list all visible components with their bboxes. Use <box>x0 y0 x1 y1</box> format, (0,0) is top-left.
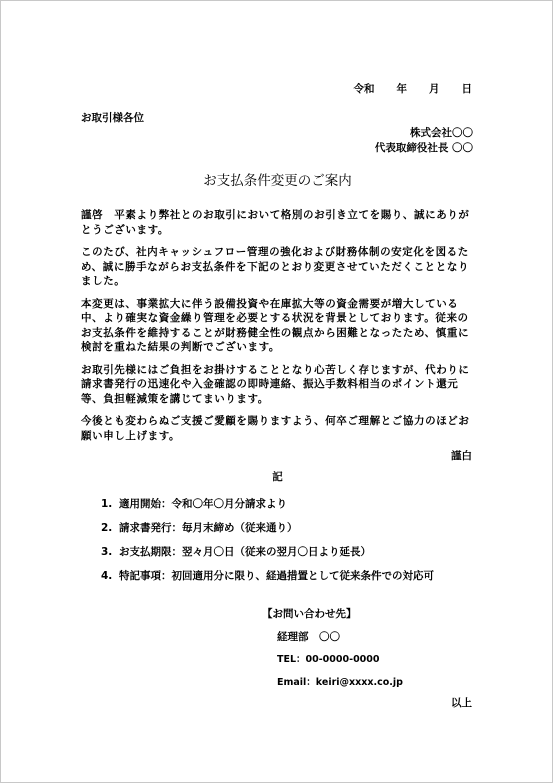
contact-email: Email：keiri@xxxx.co.jp <box>277 674 403 688</box>
end-mark: 以上 <box>451 695 472 710</box>
paragraph-announcement: このたび、社内キャッシュフロー管理の強化および財務体制の安定化を図るため、誠に勝… <box>81 245 477 289</box>
terms-list: 1.適用開始：令和〇年〇月分請求より 2.請求書発行：毎月末締め（従来通り） 3… <box>101 497 434 593</box>
date-day-label: 日 <box>462 81 473 96</box>
list-item-text: 適用開始：令和〇年〇月分請求より <box>119 498 287 510</box>
list-item: 1.適用開始：令和〇年〇月分請求より <box>101 497 434 521</box>
ki-heading: 記 <box>1 469 553 484</box>
letter-body: 謹啓 平素より弊社とのお取引において格別のお引き立てを賜り、誠にありがとうござい… <box>81 208 477 451</box>
list-item: 3.お支払期限：翌々月〇日（従来の翌月〇日より延長） <box>101 545 434 569</box>
contact-department: 経理部 〇〇 <box>277 629 340 644</box>
list-item-number: 3. <box>101 545 119 559</box>
sender-representative: 代表取締役社長 〇〇 <box>375 140 473 155</box>
date-year-label: 年 <box>397 81 408 96</box>
paragraph-reason: 本変更は、事業拡大に伴う設備投資や在庫拡大等の資金需要が増大している中、より確実… <box>81 297 477 355</box>
date-month-label: 月 <box>429 81 440 96</box>
list-item: 2.請求書発行：毎月末締め（従来通り） <box>101 521 434 545</box>
document-date: 令和年月日 <box>354 81 473 96</box>
closing-kinpaku: 謹白 <box>451 448 472 463</box>
date-era: 令和 <box>354 81 375 96</box>
contact-tel: TEL：00-0000-0000 <box>277 651 380 665</box>
contact-heading: 【お問い合わせ先】 <box>262 606 357 621</box>
list-item: 4.特記事項：初回適用分に限り、経過措置として従来条件での対応可 <box>101 569 434 593</box>
document-page: 令和年月日 お取引様各位 株式会社〇〇 代表取締役社長 〇〇 お支払条件変更のご… <box>0 0 553 783</box>
list-item-text: 請求書発行：毎月末締め（従来通り） <box>119 522 298 534</box>
list-item-number: 2. <box>101 521 119 535</box>
paragraph-request: 今後とも変わらぬご支援ご愛顧を賜りますよう、何卒ご理解とご協力のほどお願い申し上… <box>81 414 477 443</box>
list-item-number: 4. <box>101 569 119 583</box>
list-item-text: 特記事項：初回適用分に限り、経過措置として従来条件での対応可 <box>119 570 434 582</box>
recipient: お取引様各位 <box>81 110 144 125</box>
paragraph-mitigation: お取引先様にはご負担をお掛けすることとなり心苦しく存じますが、代わりに請求書発行… <box>81 363 477 407</box>
list-item-number: 1. <box>101 497 119 511</box>
paragraph-greeting: 謹啓 平素より弊社とのお取引において格別のお引き立てを賜り、誠にありがとうござい… <box>81 208 477 237</box>
list-item-text: お支払期限：翌々月〇日（従来の翌月〇日より延長） <box>119 546 371 558</box>
document-title: お支払条件変更のご案内 <box>1 169 553 189</box>
sender-company: 株式会社〇〇 <box>410 125 473 140</box>
